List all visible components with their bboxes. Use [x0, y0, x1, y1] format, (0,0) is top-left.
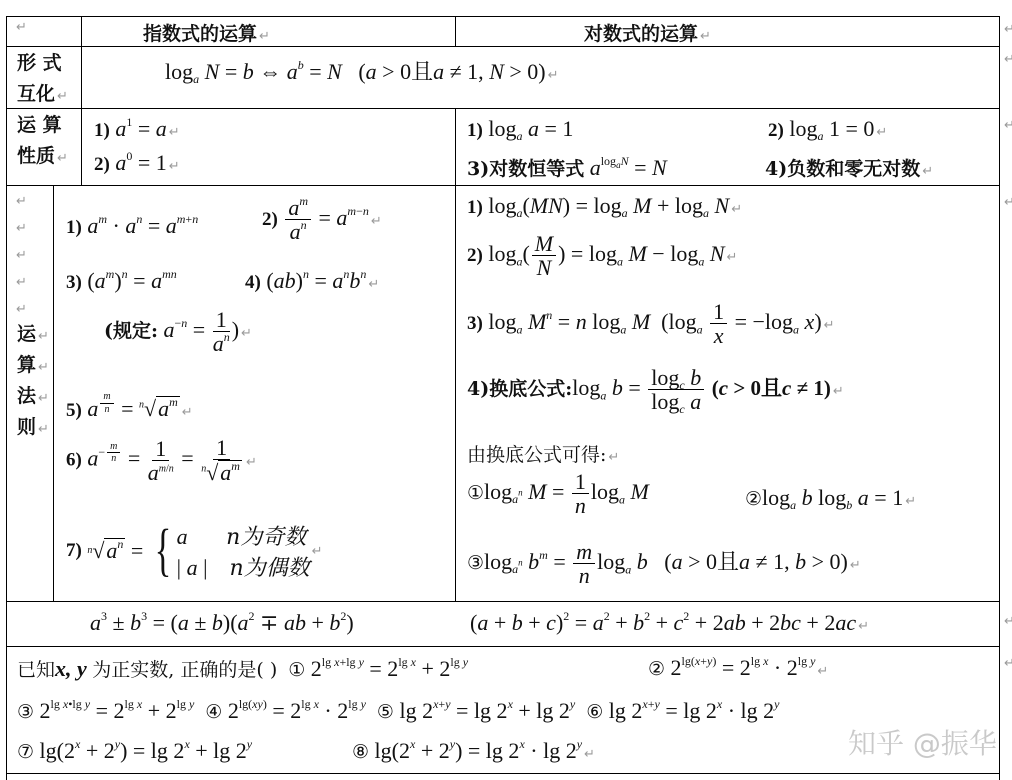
- exp-rule-1: 1) am · an = am+n: [66, 213, 198, 239]
- table-border-top: [6, 16, 1000, 17]
- exercise-option-8: ⑧ lg(2x + 2y) = lg 2x · lg 2y↵: [352, 738, 595, 764]
- identity-cube: a3 ± b3 = (a ± b)(a2 ∓ ab + b2): [90, 610, 354, 636]
- header-exp-ops: 指数式的运算↵: [143, 19, 270, 46]
- row-label-rules: 运↵ 算↵ 法↵ 则↵: [17, 320, 49, 444]
- log-property-3: 3)对数恒等式 alogaN = N: [467, 154, 667, 181]
- exp-property-2: 2) a0 = 1↵: [94, 150, 180, 176]
- table-border-right: [999, 16, 1000, 780]
- exercise-option-2: ② 2lg(x+y) = 2lg x · 2lg y↵: [648, 655, 828, 681]
- exp-rule-note: (规定: a−n = 1an)↵: [104, 308, 252, 356]
- row-divider: [6, 46, 1000, 47]
- log-property-1: 1) loga a = 1: [467, 116, 573, 142]
- exercise-line-1: 已知x, y 为正实数, 正确的是( ) ① 2lg x+lg y = 2lg …: [17, 655, 468, 682]
- formula-form-convert: loga N = b ⇔ ab = N (a > 0且a ≠ 1, N > 0)…: [165, 55, 559, 86]
- derived-2: ②loga b logb a = 1↵: [745, 485, 916, 511]
- label-col-divider-narrow: [53, 185, 54, 601]
- exp-rule-7: 7) n√an = { a n为奇数 | a | n为偶数 ↵: [66, 520, 323, 582]
- exp-rule-5: 5) amn = n√am↵: [66, 392, 193, 422]
- row-label-form-convert: 形 式 互化↵: [17, 48, 68, 112]
- watermark: 知乎 @振华: [848, 722, 997, 762]
- paragraph-mark: ↵: [16, 20, 27, 35]
- row-label-properties: 运 算 性质↵: [17, 110, 68, 174]
- derived-title: 由换底公式可得:↵: [467, 440, 619, 467]
- exp-property-1: 1) a1 = a↵: [94, 116, 180, 142]
- row-divider: [6, 185, 1000, 186]
- label-col-divider: [81, 16, 82, 185]
- table-border-left: [6, 16, 7, 780]
- log-rule-4: 4)换底公式:loga b = logc blogc a (c > 0且c ≠ …: [467, 366, 844, 414]
- middle-divider: [455, 16, 456, 46]
- exercise-line-3: ⑦ lg(2x + 2y) = lg 2x + lg 2y: [17, 738, 252, 764]
- row-divider: [6, 601, 1000, 602]
- exp-rule-2: 2) aman = am−n↵: [262, 196, 382, 244]
- log-rule-3: 3) loga Mn = n loga M (loga 1x = −loga x…: [467, 300, 835, 348]
- middle-divider: [455, 108, 456, 601]
- log-property-2: 2) loga 1 = 0↵: [768, 116, 887, 142]
- paragraph-mark: ↵: [1004, 195, 1012, 210]
- row-divider: [6, 773, 1000, 774]
- derived-1: ①logan M = 1nloga M: [467, 470, 649, 518]
- cases-brace: { a n为奇数 | a | n为偶数: [149, 520, 310, 582]
- paragraph-mark: ↵: [1004, 656, 1012, 671]
- derived-3: ③logan bm = mnloga b (a > 0且a ≠ 1, b > 0…: [467, 540, 861, 588]
- exercise-line-2: ③ 2lg x•lg y = 2lg x + 2lg y ④ 2lg(xy) =…: [17, 698, 780, 724]
- paragraph-mark: ↵: [1004, 118, 1012, 133]
- exp-rule-3: 3) (am)n = amn: [66, 268, 177, 294]
- identity-square: (a + b + c)2 = a2 + b2 + c2 + 2ab + 2bc …: [470, 610, 869, 636]
- paragraph-mark: ↵: [1004, 52, 1012, 67]
- header-log-ops: 对数式的运算↵: [584, 19, 711, 46]
- log-property-4: 4)负数和零无对数↵: [765, 154, 933, 181]
- row-label-rules-marks: ↵ ↵ ↵ ↵ ↵: [14, 188, 27, 323]
- row-divider: [6, 108, 1000, 109]
- paragraph-mark: ↵: [1004, 22, 1012, 37]
- exp-rule-6: 6) a−mn = 1am/n = 1n√am↵: [66, 436, 257, 485]
- log-rule-1: 1) loga(MN) = loga M + loga N↵: [467, 193, 742, 219]
- row-divider: [6, 646, 1000, 647]
- log-rule-2: 2) loga(MN) = loga M − loga N↵: [467, 232, 737, 280]
- paragraph-mark: ↵: [1004, 614, 1012, 629]
- exp-rule-4: 4) (ab)n = anbn↵: [245, 268, 379, 294]
